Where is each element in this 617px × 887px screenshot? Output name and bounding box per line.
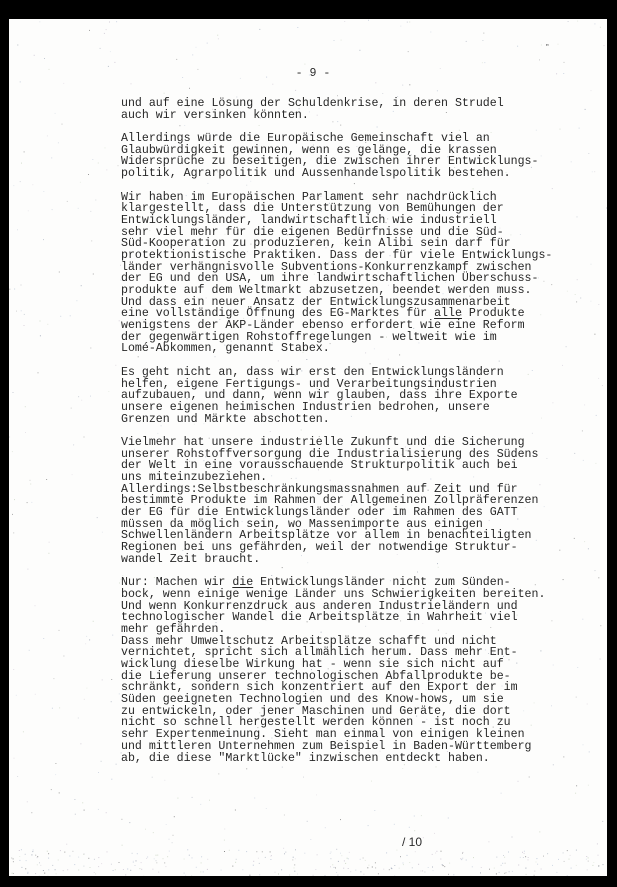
text-line: wicklung dieselbe Wirkung hat - wenn sie…	[121, 659, 601, 671]
text-line: Entwicklungsländer, landwirtschaftlich w…	[121, 215, 601, 227]
continuation-marker: / 10	[402, 835, 422, 849]
text-line: Vielmehr hat unsere industrielle Zukunft…	[121, 437, 601, 449]
text-line: und mittleren Unternehmen zum Beispiel i…	[121, 741, 601, 753]
text-line: Allerdings würde die Europäische Gemeins…	[121, 133, 601, 145]
text-line: uns miteinzubeziehen.	[121, 472, 601, 484]
page-number: - 9 -	[9, 67, 607, 80]
paragraph: und auf eine Lösung der Schuldenkrise, i…	[121, 98, 601, 121]
text-line: Es geht nicht an, dass wir erst den Entw…	[121, 367, 601, 379]
paragraph: Nur: Machen wir die Entwicklungsländer n…	[121, 577, 601, 764]
document-page: „ - 9 - und auf eine Lösung der Schulden…	[9, 19, 607, 876]
paragraph: Wir haben im Europäischen Parlament sehr…	[121, 192, 601, 356]
text-line: wenigstens der AKP-Länder ebenso erforde…	[121, 320, 601, 332]
text-line: ab, die diese "Marktlücke" inzwischen en…	[121, 753, 601, 765]
paragraph: Allerdings würde die Europäische Gemeins…	[121, 133, 601, 180]
text-line: und auf eine Lösung der Schuldenkrise, i…	[121, 98, 601, 110]
text-line: wandel Zeit braucht.	[121, 554, 601, 566]
text-line: unsere eigenen heimischen Industrien bed…	[121, 402, 601, 414]
text-line: politik, Agrarpolitik und Aussenhandelsp…	[121, 168, 601, 180]
text-line: mehr gefährden.	[121, 624, 601, 636]
text-line: bock, wenn einige wenige Länder uns Schw…	[121, 589, 601, 601]
text-line: produkte auf dem Weltmarkt abzusetzen, b…	[121, 285, 601, 297]
text-line: auch wir versinken könnten.	[121, 110, 601, 122]
text-line: Süden geeigneten Technologien und des Kn…	[121, 694, 601, 706]
text-line: der EG für die Entwicklungsländer oder i…	[121, 507, 601, 519]
text-line: Grenzen und Märkte abschotten.	[121, 414, 601, 426]
text-line: Lomé-Abkommen, genannt Stabex.	[121, 343, 601, 355]
corner-mark: „	[546, 38, 549, 47]
paragraph: Es geht nicht an, dass wir erst den Entw…	[121, 367, 601, 425]
body-text: und auf eine Lösung der Schuldenkrise, i…	[121, 98, 601, 776]
paragraph: Vielmehr hat unsere industrielle Zukunft…	[121, 437, 601, 566]
text-line: protektionistische Praktiken. Dass der f…	[121, 250, 601, 262]
